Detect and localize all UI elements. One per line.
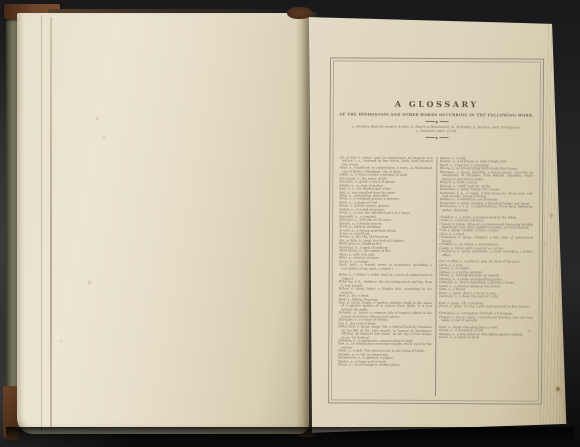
glossary-headword: Baboo [339, 287, 349, 291]
glossary-headword: Ab [339, 156, 343, 159]
glossary-headword: Bus [338, 342, 344, 346]
page-edge-line [41, 15, 42, 431]
foxing-spot [103, 136, 105, 138]
glossary-entry: Ayah, port., a female nurse or attendant… [339, 263, 433, 270]
glossary-inner-border: A GLOSSARY OF THE HINDOSTANI AND OTHER W… [331, 60, 541, 401]
glossary-headword: Enam [439, 304, 448, 308]
glossary-headword: Bakra Eed [338, 325, 355, 329]
glossary-headword: Bahadur [338, 311, 351, 315]
glossary-headword: Ayah [339, 262, 347, 266]
glossary-headword: Fuqeer [439, 315, 450, 319]
ornament-line [425, 137, 434, 138]
glossary-subtitle: OF THE HINDOSTANI AND OTHER WORDS OCCURR… [334, 112, 540, 117]
ornament-diamond-icon [435, 120, 438, 123]
spine-top-leather [287, 7, 312, 19]
ornament-line [439, 121, 448, 122]
glossary-headword: Golah [439, 335, 448, 339]
glossary-headword: Chupattee [439, 235, 455, 239]
glossary-columns: Ab, or aub, s., water; used in compositi… [335, 156, 536, 396]
book-bottom-shadow [6, 427, 574, 445]
glossary-headword: Cutcherry [439, 249, 455, 253]
foxing-spot [88, 281, 91, 284]
glossary-entry: Golah, s., a bomb or shell. [439, 336, 533, 340]
glossary-headword: Bag [339, 300, 345, 304]
foxing-spot [556, 387, 560, 391]
glossary-headword: Budmash [440, 191, 455, 195]
foxing-spot [550, 214, 553, 217]
ornament-divider [334, 120, 540, 123]
foxing-spot [545, 243, 547, 245]
glossary-column-right: Bebee, s., a lady.Begum, s., a princess,… [435, 157, 536, 397]
right-page: A GLOSSARY OF THE HINDOSTANI AND OTHER W… [306, 15, 570, 437]
ornament-divider [334, 136, 540, 139]
ornament-line [425, 121, 434, 122]
ornament-line [439, 137, 448, 138]
page-edge-line [50, 17, 52, 428]
glossary-headword: Burkundaz [440, 204, 457, 208]
glossary-entry: Enam, s. (prop. in'am), a gift; land gra… [439, 305, 533, 309]
ornament-diamond-icon [435, 136, 438, 139]
glossary-headword: Baba log [339, 280, 353, 284]
glossary-headword: Chaoni [440, 222, 451, 226]
foxing-spot [528, 330, 530, 332]
glossary-headword: Durwaza [439, 294, 453, 298]
glossary-headword: Abad [339, 166, 347, 170]
foxing-spot [60, 340, 62, 342]
glossary-headword: Bheestee [440, 170, 454, 174]
glossary-column-left: Ab, or aub, s., water; used in compositi… [335, 156, 436, 396]
left-page-blank [17, 13, 309, 434]
glossary-headword: Bazar [338, 363, 347, 367]
glossary-headword: Baba [339, 273, 347, 277]
photo-background: A GLOSSARY OF THE HINDOSTANI AND OTHER W… [0, 0, 580, 447]
glossary-frame-border: A GLOSSARY OF THE HINDOSTANI AND OTHER W… [328, 57, 544, 404]
glossary-entry: Bazar, s., an exchange or market place. [338, 364, 432, 368]
glossary-title: A GLOSSARY [334, 98, 540, 109]
foxing-spot [96, 117, 99, 120]
page-edge-stack [540, 23, 569, 431]
